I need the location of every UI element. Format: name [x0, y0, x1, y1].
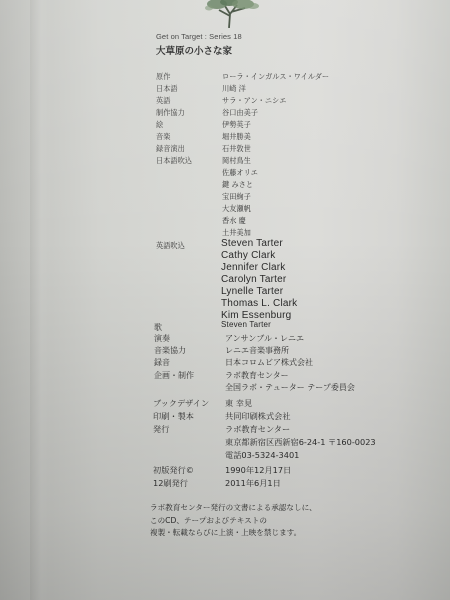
- credit-value: 堀井勝美: [222, 132, 251, 142]
- series-label: Get on Target : Series 18: [156, 32, 242, 41]
- notice-line: ラボ教育センター発行の文書による承認なしに、: [150, 502, 317, 515]
- credit-label: 英語吹込: [156, 241, 185, 251]
- credit-value: Cathy Clark: [221, 250, 275, 261]
- credit-value: Jennifer Clark: [221, 262, 286, 273]
- credit-value: 全国ラボ・テューター テープ委員会: [225, 382, 355, 393]
- credit-label: ブックデザイン: [153, 398, 209, 409]
- credit-value: Carolyn Tarter: [221, 274, 286, 285]
- credit-value: ラボ教育センター: [225, 424, 290, 435]
- notice-line: このCD、テープおよびテキストの: [150, 515, 317, 528]
- credit-value: Lynelle Tarter: [221, 286, 283, 297]
- credit-value: 大友瀬帆: [222, 204, 251, 214]
- credit-label: 録音: [154, 357, 170, 368]
- credit-label: 原作: [156, 72, 170, 82]
- credit-label: 初版発行©: [153, 465, 194, 476]
- credit-label: 録音演出: [156, 144, 185, 154]
- credit-value: 佐藤オリエ: [222, 168, 258, 178]
- credit-value: 宝田絢子: [222, 192, 251, 202]
- copyright-notice: ラボ教育センター発行の文書による承認なしに、 このCD、テープおよびテキストの …: [150, 502, 317, 540]
- credit-value: 共同印刷株式会社: [225, 411, 291, 422]
- credit-label: 音楽: [156, 132, 170, 142]
- credit-label: 音楽協力: [154, 345, 186, 356]
- credit-value: 鍵 みさと: [222, 180, 253, 190]
- credit-label: 日本語: [156, 84, 178, 94]
- credit-value: 谷口由美子: [222, 108, 258, 118]
- credit-label: 日本語吹込: [156, 156, 192, 166]
- credit-label: 企画・制作: [154, 370, 194, 381]
- credit-value: サラ・アン・ニシエ: [222, 96, 286, 106]
- credit-label: 印刷・製本: [153, 411, 194, 422]
- book-title: 大草原の小さな家: [156, 43, 232, 57]
- credit-value: Thomas L. Clark: [221, 298, 297, 309]
- credit-value: アンサンブル・レニエ: [225, 333, 304, 344]
- credit-value: Steven Tarter: [221, 238, 283, 249]
- credit-label: 制作協力: [156, 108, 185, 118]
- credit-value: Steven Tarter: [221, 320, 271, 329]
- credit-value: 川崎 洋: [222, 84, 246, 94]
- credit-label: 12刷発行: [153, 478, 188, 489]
- credit-value: 土井美加: [222, 228, 251, 238]
- credit-value: 香水 慶: [222, 216, 246, 226]
- credit-label: 絵: [156, 120, 163, 130]
- credit-value: 岡村鳥生: [222, 156, 251, 166]
- publisher-phone: 電話03-5324-3401: [225, 450, 299, 461]
- credit-label: 英語: [156, 96, 170, 106]
- publisher-address: 東京都新宿区西新宿6-24-1 〒160-0023: [225, 437, 376, 448]
- credit-value: 東 幸見: [225, 398, 252, 409]
- credit-label: 歌: [154, 322, 162, 333]
- tree-illustration-icon: [195, 0, 265, 28]
- credit-value: レニエ音楽事務所: [225, 345, 289, 356]
- credit-value: ラボ教育センター: [225, 370, 289, 381]
- credit-value: 伊勢英子: [222, 120, 251, 130]
- credit-value: 石井敦世: [222, 144, 251, 154]
- credit-value: 1990年12月17日: [225, 465, 291, 476]
- credit-label: 発行: [153, 424, 169, 435]
- credit-label: 演奏: [154, 333, 170, 344]
- credit-value: 日本コロムビア株式会社: [225, 357, 313, 368]
- credit-value: ローラ・インガルス・ワイルダー: [222, 72, 329, 82]
- page-fold-shadow: [30, 0, 52, 600]
- credit-value: 2011年6月1日: [225, 478, 281, 489]
- notice-line: 複製・転載ならびに上演・上映を禁じます。: [150, 527, 317, 540]
